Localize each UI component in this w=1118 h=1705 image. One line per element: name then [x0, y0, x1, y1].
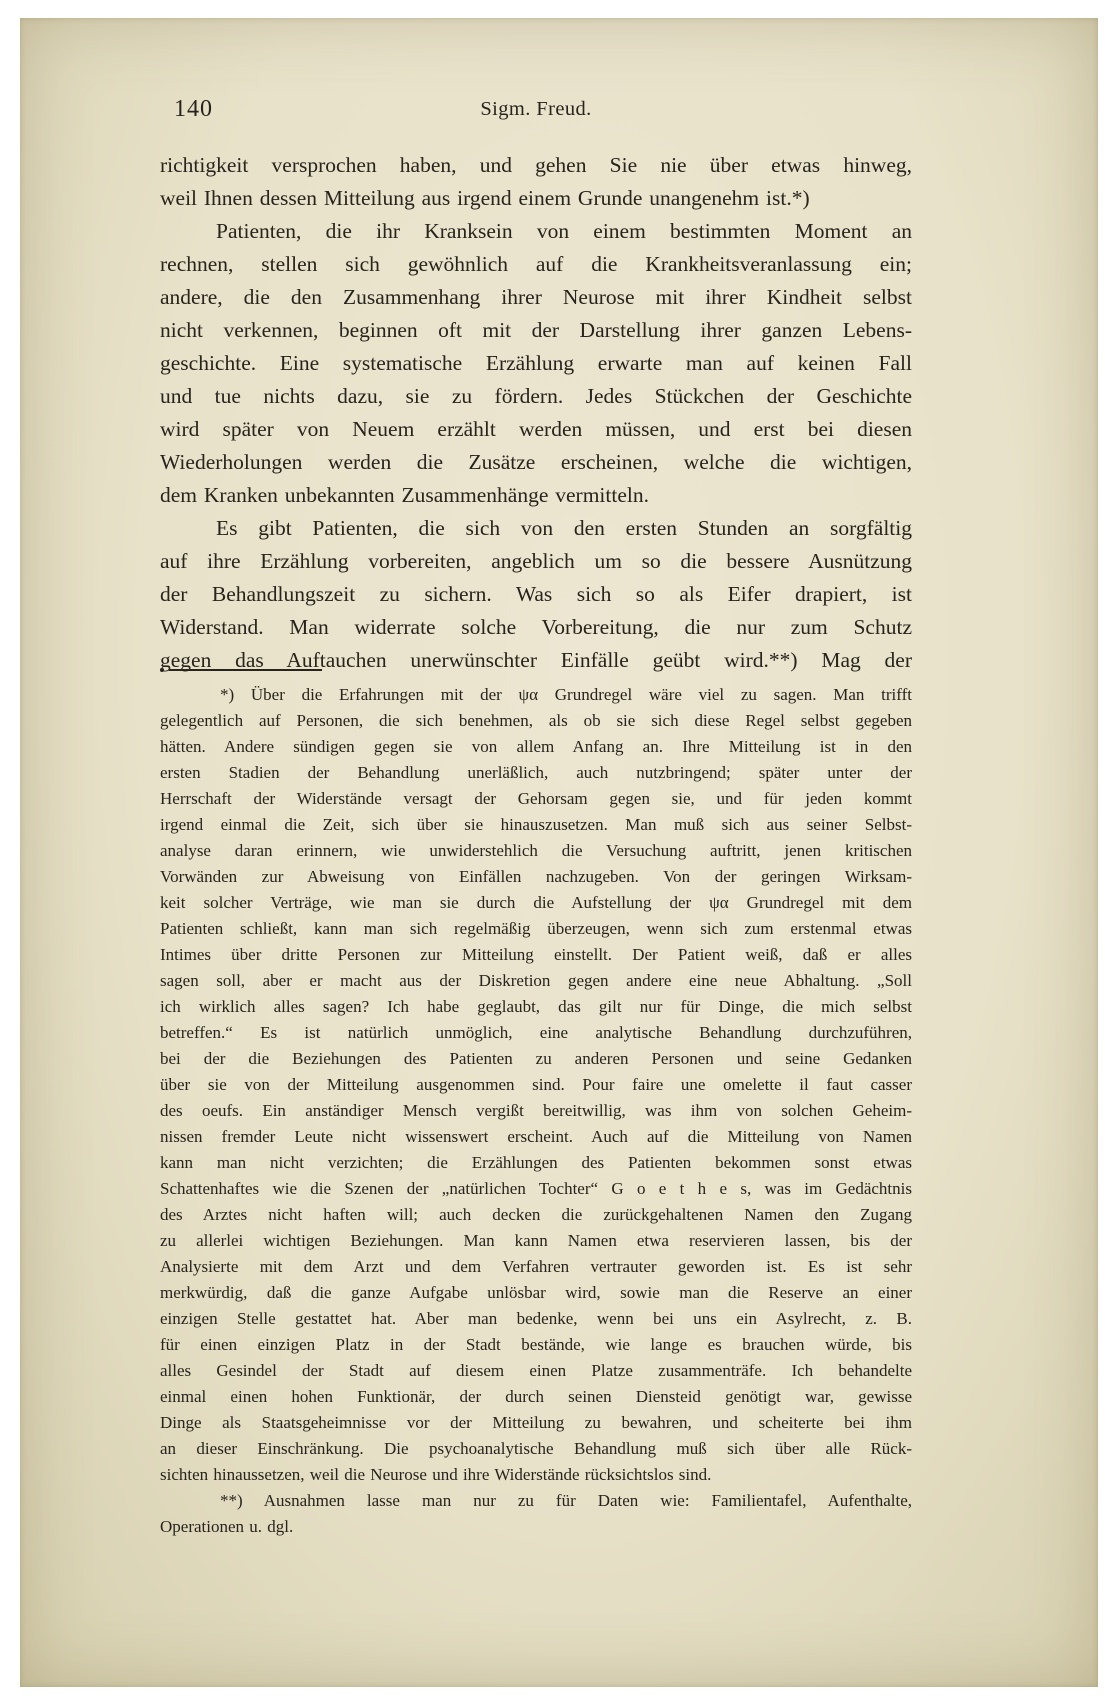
text-line: sagen soll, aber er macht aus der Diskre…	[160, 968, 912, 994]
text-line: irgend einmal die Zeit, sich über sie hi…	[160, 812, 912, 838]
footnote-separator	[160, 668, 322, 672]
text-line: Operationen u. dgl.	[160, 1514, 912, 1540]
text-line: Analysierte mit dem Arzt und dem Verfahr…	[160, 1254, 912, 1280]
footnotes: *) Über die Erfahrungen mit der ψα Grund…	[160, 682, 912, 1540]
text-line: Dinge als Staatsgeheimnisse vor der Mitt…	[160, 1410, 912, 1436]
text-line: bei der die Beziehungen des Patienten zu…	[160, 1046, 912, 1072]
text-line: für einen einzigen Platz in der Stadt be…	[160, 1332, 912, 1358]
text-line: Wiederholungen werden die Zusätze ersche…	[160, 446, 912, 479]
text-line: Herrschaft der Widerstände versagt der G…	[160, 786, 912, 812]
text-line: andere, die den Zusammenhang ihrer Neuro…	[160, 281, 912, 314]
text-line: nissen fremder Leute nicht wissenswert e…	[160, 1124, 912, 1150]
text-line: alles Gesindel der Stadt auf diesem eine…	[160, 1358, 912, 1384]
text-line: nicht verkennen, beginnen oft mit der Da…	[160, 314, 912, 347]
text-line: gegen das Auftauchen unerwünschter Einfä…	[160, 644, 912, 677]
text-line: Vorwänden zur Abweisung von Einfällen na…	[160, 864, 912, 890]
text-line: wird später von Neuem erzählt werden müs…	[160, 413, 912, 446]
page-header: 140 Sigm. Freud.	[160, 96, 912, 126]
text-line: der Behandlungszeit zu sichern. Was sich…	[160, 578, 912, 611]
text-line: betreffen.“ Es ist natürlich unmöglich, …	[160, 1020, 912, 1046]
text-line: einmal einen hohen Funktionär, der durch…	[160, 1384, 912, 1410]
text-line: Es gibt Patienten, die sich von den erst…	[160, 512, 912, 545]
text-line: **) Ausnahmen lasse man nur zu für Daten…	[160, 1488, 912, 1514]
scanned-book-page: 140 Sigm. Freud. richtigkeit versprochen…	[20, 18, 1098, 1687]
text-line: sichten hinaussetzen, weil die Neurose u…	[160, 1462, 912, 1488]
text-line: gelegentlich auf Personen, die sich bene…	[160, 708, 912, 734]
text-line: des oeufs. Ein anständiger Mensch vergiß…	[160, 1098, 912, 1124]
text-line: zu allerlei wichtigen Beziehungen. Man k…	[160, 1228, 912, 1254]
text-line: ich wirklich alles sagen? Ich habe gegla…	[160, 994, 912, 1020]
text-line: ersten Stadien der Behandlung unerläßlic…	[160, 760, 912, 786]
text-line: kann man nicht verzichten; die Erzählung…	[160, 1150, 912, 1176]
text-line: dem Kranken unbekannten Zusammenhänge ve…	[160, 479, 912, 512]
text-line: und tue nichts dazu, sie zu fördern. Jed…	[160, 380, 912, 413]
running-head: Sigm. Freud.	[160, 98, 912, 121]
body-text: richtigkeit versprochen haben, und gehen…	[160, 149, 912, 677]
text-line: merkwürdig, daß die ganze Aufgabe unlösb…	[160, 1280, 912, 1306]
text-line: Patienten schließt, kann man sich regelm…	[160, 916, 912, 942]
text-line: rechnen, stellen sich gewöhnlich auf die…	[160, 248, 912, 281]
text-line: geschichte. Eine systematische Erzählung…	[160, 347, 912, 380]
text-line: weil Ihnen dessen Mitteilung aus irgend …	[160, 182, 912, 215]
text-line: Widerstand. Man widerrate solche Vorbere…	[160, 611, 912, 644]
text-line: einzigen Stelle gestattet hat. Aber man …	[160, 1306, 912, 1332]
text-line: hätten. Andere sündigen gegen sie von al…	[160, 734, 912, 760]
text-line: über sie von der Mitteilung ausgenommen …	[160, 1072, 912, 1098]
text-column: 140 Sigm. Freud. richtigkeit versprochen…	[160, 18, 912, 1687]
text-line: des Arztes nicht haften will; auch decke…	[160, 1202, 912, 1228]
text-line: auf ihre Erzählung vorbereiten, angeblic…	[160, 545, 912, 578]
text-line: *) Über die Erfahrungen mit der ψα Grund…	[160, 682, 912, 708]
text-line: keit solcher Verträge, wie man sie durch…	[160, 890, 912, 916]
text-line: Intimes über dritte Personen zur Mitteil…	[160, 942, 912, 968]
text-line: analyse daran erinnern, wie unwiderstehl…	[160, 838, 912, 864]
text-line: Schattenhaftes wie die Szenen der „natür…	[160, 1176, 912, 1202]
text-line: an dieser Einschränkung. Die psychoanaly…	[160, 1436, 912, 1462]
text-line: Patienten, die ihr Kranksein von einem b…	[160, 215, 912, 248]
text-line: richtigkeit versprochen haben, und gehen…	[160, 149, 912, 182]
